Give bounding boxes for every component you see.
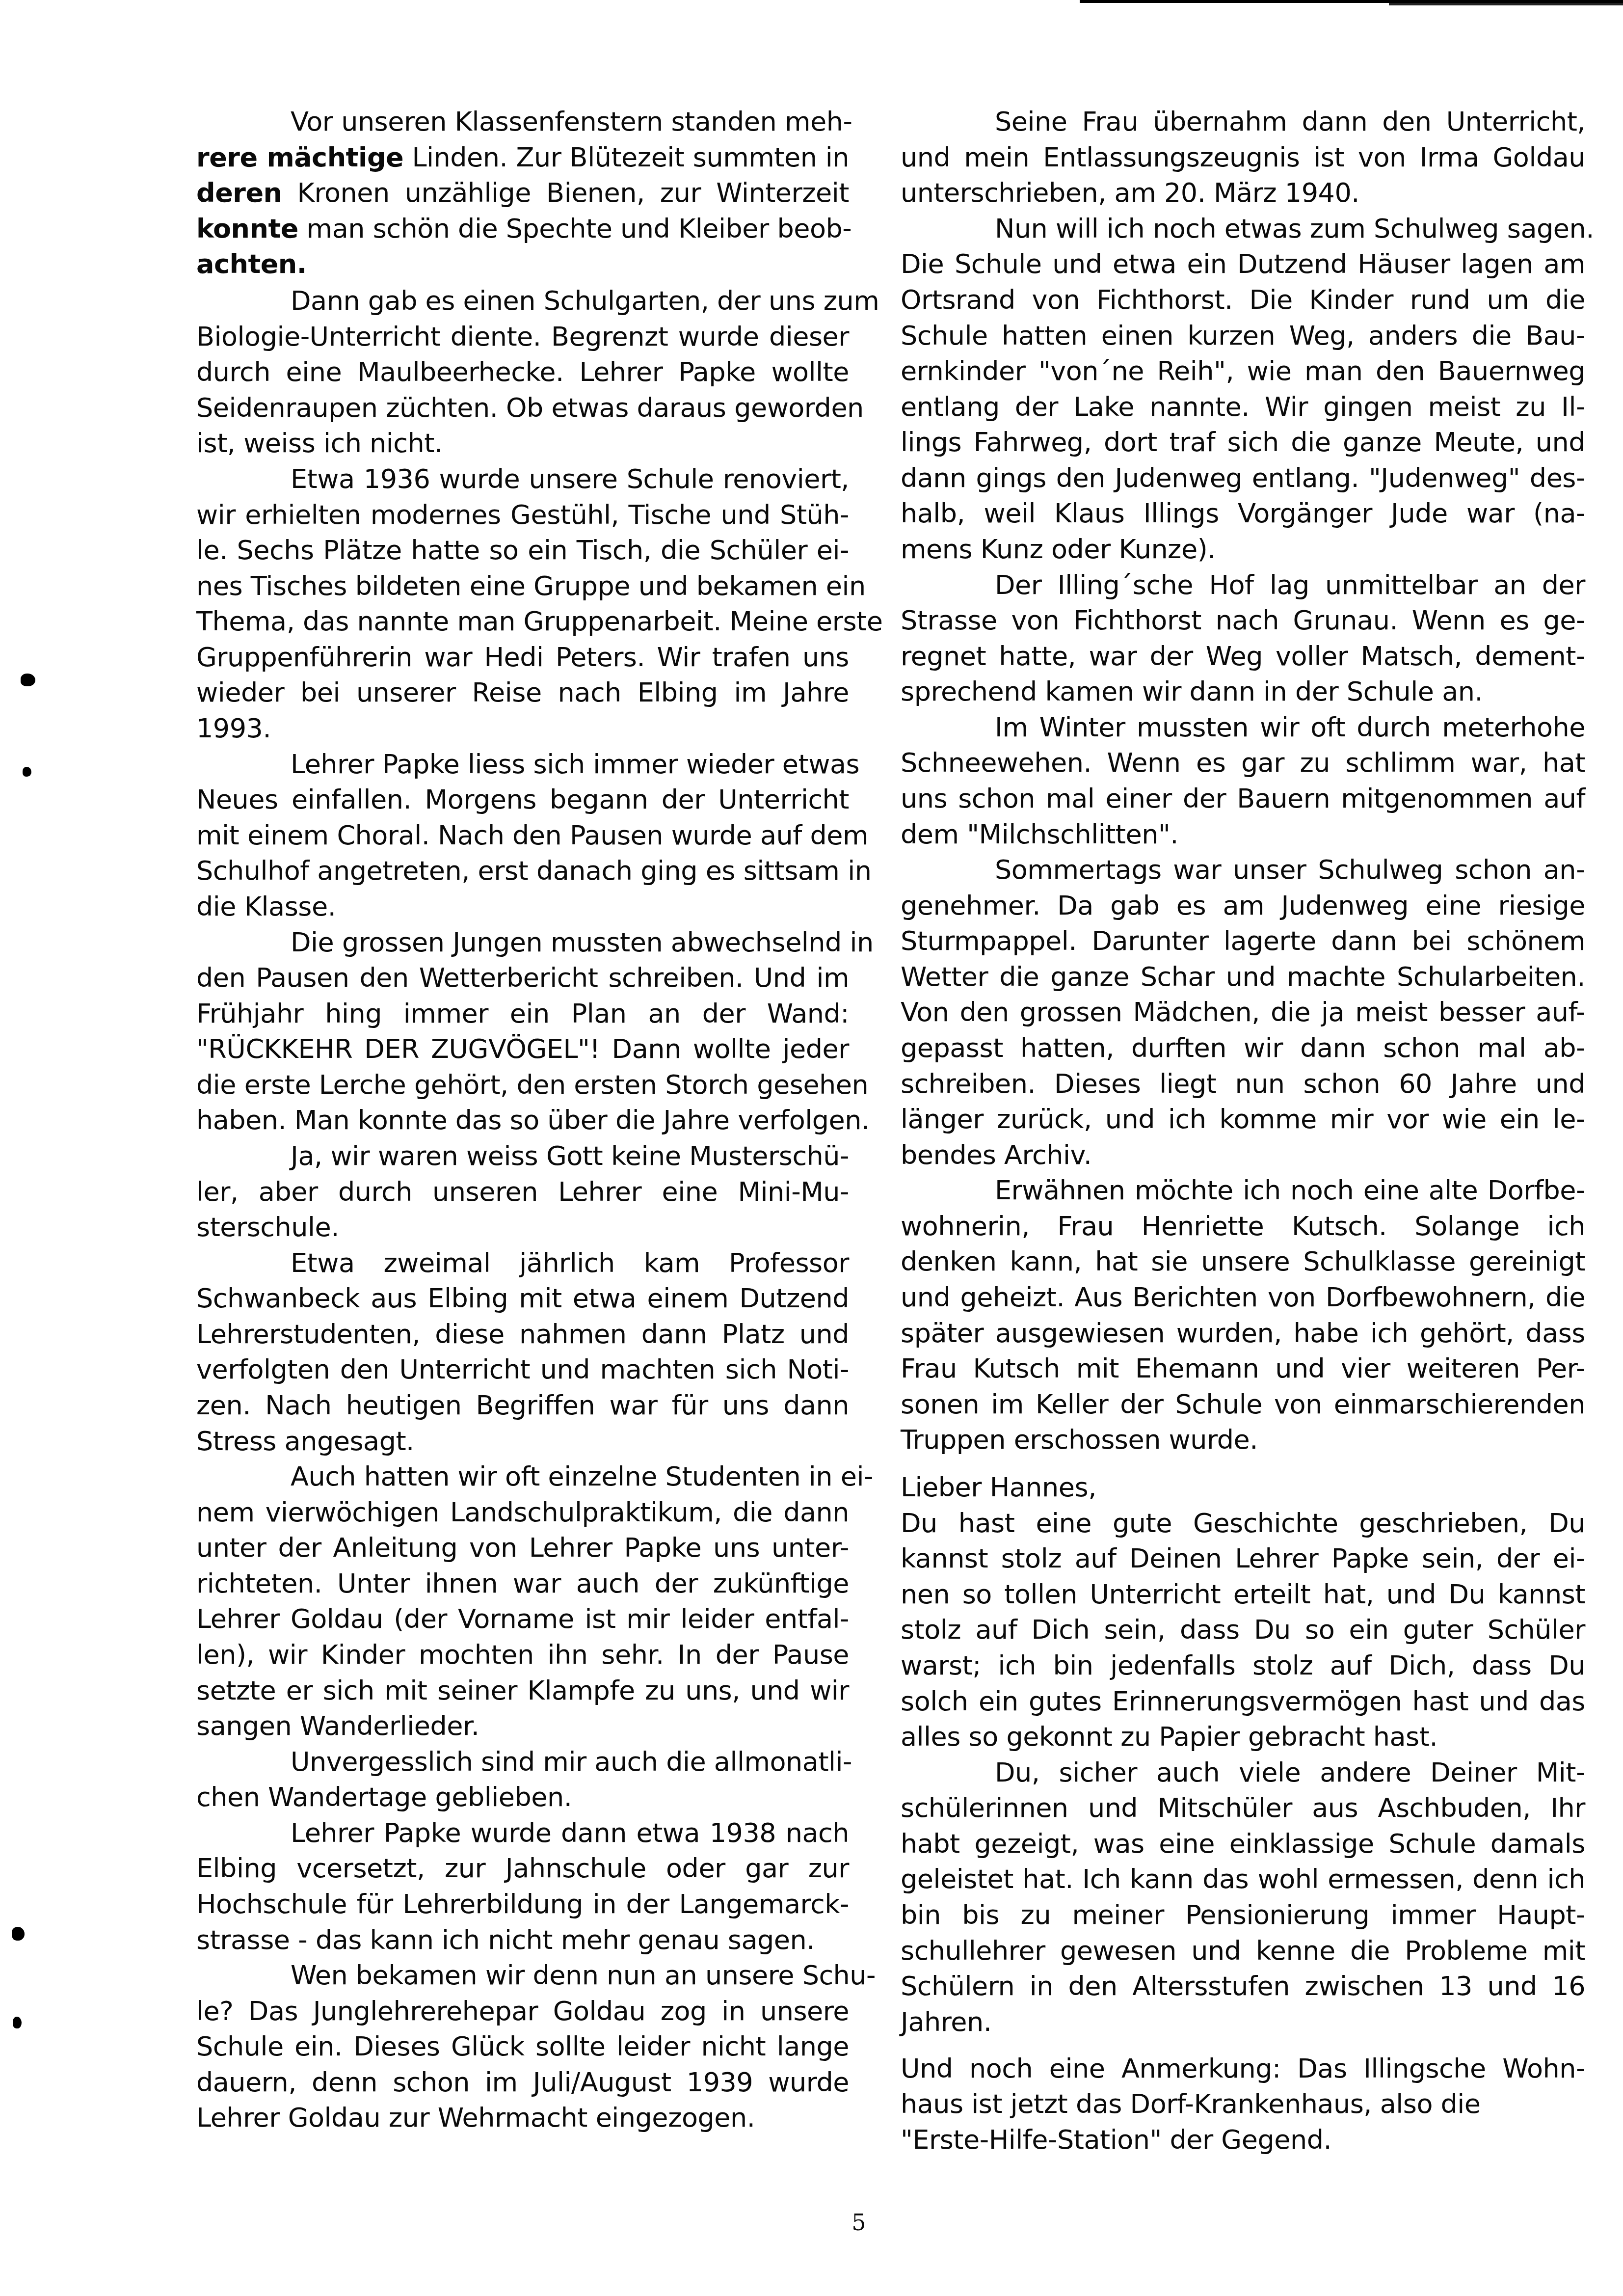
line-text: 1993. <box>196 713 271 744</box>
text-line: schullehrer gewesen und kenne die Proble… <box>901 1933 1585 1969</box>
line-text: Gruppenführerin war Hedi Peters. Wir tra… <box>196 642 849 673</box>
text-line: achten. <box>196 246 849 282</box>
text-line: und geheizt. Aus Berichten von Dorfbewoh… <box>901 1280 1585 1315</box>
text-line: Im Winter mussten wir oft durch meterhoh… <box>901 710 1585 745</box>
line-text: le. Sechs Plätze hatte so ein Tisch, die… <box>196 535 849 566</box>
line-text: später ausgewiesen wurden, habe ich gehö… <box>901 1318 1585 1349</box>
line-text: Schule hatten einen kurzen Weg, anders d… <box>901 320 1585 351</box>
line-text: haben. Man konnte das so über die Jahre … <box>196 1105 870 1135</box>
text-line: bin bis zu meiner Pensionierung immer Ha… <box>901 1897 1585 1933</box>
text-line: Von den grossen Mädchen, die ja meist be… <box>901 995 1585 1030</box>
line-text: denken kann, hat sie unsere Schulklasse … <box>901 1246 1585 1277</box>
text-line: Die Schule und etwa ein Dutzend Häuser l… <box>901 246 1585 282</box>
text-line: nen so tollen Unterricht erteilt hat, un… <box>901 1577 1585 1612</box>
text-line: denken kann, hat sie unsere Schulklasse … <box>901 1244 1585 1279</box>
line-text: Nun will ich noch etwas zum Schulweg sag… <box>995 213 1594 244</box>
scan-edge-line <box>1389 3 1623 5</box>
text-line: le? Das Junglehrerehepar Goldau zog in u… <box>196 1994 849 2029</box>
line-text: entlang der Lake nannte. Wir gingen meis… <box>901 391 1585 422</box>
line-text: den Pausen den Wetterbericht schreiben. … <box>196 962 849 993</box>
line-text: Lehrer Papke wurde dann etwa 1938 nach <box>291 1817 849 1848</box>
line-text: stolz auf Dich sein, dass Du so ein gute… <box>901 1614 1585 1645</box>
line-text: Strasse von Fichthorst nach Grunau. Wenn… <box>901 605 1585 636</box>
text-line: Lehrer Papke liess sich immer wieder etw… <box>196 747 849 782</box>
page-number: 5 <box>785 2209 932 2236</box>
text-line: warst; ich bin jedenfalls stolz auf Dich… <box>901 1648 1585 1683</box>
line-text: strasse - das kann ich nicht mehr genau … <box>196 1924 815 1955</box>
text-line: richteten. Unter ihnen war auch der zukü… <box>196 1566 849 1601</box>
line-text: haus ist jetzt das Dorf-Krankenhaus, als… <box>901 2088 1481 2119</box>
text-line: unterschrieben, am 20. März 1940. <box>901 175 1585 211</box>
text-line: entlang der Lake nannte. Wir gingen meis… <box>901 389 1585 425</box>
text-line: wieder bei unserer Reise nach Elbing im … <box>196 675 849 710</box>
punch-hole-mark <box>12 1927 25 1941</box>
text-line: Neues einfallen. Morgens begann der Unte… <box>196 782 849 817</box>
line-text: richteten. Unter ihnen war auch der zukü… <box>196 1568 849 1599</box>
line-text: Etwa zweimal jährlich kam Professor <box>291 1247 849 1278</box>
text-line: Die grossen Jungen mussten abwechselnd i… <box>196 925 849 960</box>
text-line: ler, aber durch unseren Lehrer eine Mini… <box>196 1174 849 1210</box>
text-line: unter der Anleitung von Lehrer Papke uns… <box>196 1530 849 1566</box>
text-line: Frau Kutsch mit Ehemann und vier weitere… <box>901 1351 1585 1386</box>
line-text: bin bis zu meiner Pensionierung immer Ha… <box>901 1899 1585 1930</box>
line-text: Sommertags war unser Schulweg schon an- <box>995 854 1585 885</box>
line-text: ler, aber durch unseren Lehrer eine Mini… <box>196 1176 849 1207</box>
text-line: Unvergesslich sind mir auch die allmonat… <box>196 1744 849 1780</box>
line-text: Der Illing´sche Hof lag unmittelbar an d… <box>995 569 1585 600</box>
line-text: "RÜCKKEHR DER ZUGVÖGEL"! Dann wollte jed… <box>196 1033 849 1064</box>
text-line: bendes Archiv. <box>901 1137 1585 1173</box>
text-line: Lehrerstudenten, diese nahmen dann Platz… <box>196 1317 849 1352</box>
line-text: "Erste-Hilfe-Station" der Gegend. <box>901 2124 1331 2155</box>
line-text: wohnerin, Frau Henriette Kutsch. Solange… <box>901 1211 1585 1242</box>
text-line: Jahren. <box>901 2004 1585 2040</box>
text-line: Ja, wir waren weiss Gott keine Mustersch… <box>196 1138 849 1174</box>
line-text: solch ein gutes Erinnerungsvermögen hast… <box>901 1686 1585 1717</box>
line-text: chen Wandertage geblieben. <box>196 1782 572 1812</box>
line-text: warst; ich bin jedenfalls stolz auf Dich… <box>901 1650 1585 1681</box>
text-line: Lehrer Papke wurde dann etwa 1938 nach <box>196 1815 849 1851</box>
line-text: Schwanbeck aus Elbing mit etwa einem Dut… <box>196 1283 849 1314</box>
text-line: sonen im Keller der Schule von einmarsch… <box>901 1387 1585 1422</box>
line-text: Schule ein. Dieses Glück sollte leider n… <box>196 2031 849 2062</box>
line-text: le? Das Junglehrerehepar Goldau zog in u… <box>196 1996 849 2026</box>
punch-hole-mark <box>13 2017 22 2028</box>
text-line: 1993. <box>196 711 849 746</box>
text-line: Schule hatten einen kurzen Weg, anders d… <box>901 318 1585 353</box>
text-line: Seidenraupen züchten. Ob etwas daraus ge… <box>196 390 849 426</box>
text-line: länger zurück, und ich komme mir vor wie… <box>901 1102 1585 1137</box>
punch-hole-mark <box>21 674 35 686</box>
text-line: Auch hatten wir oft einzelne Studenten i… <box>196 1459 849 1494</box>
line-text: Thema, das nannte man Gruppenarbeit. Mei… <box>196 606 882 637</box>
line-text: Schülern in den Altersstufen zwischen 13… <box>901 1971 1585 2001</box>
line-text: Seidenraupen züchten. Ob etwas daraus ge… <box>196 392 864 423</box>
line-text: setzte er sich mit seiner Klampfe zu uns… <box>196 1675 849 1706</box>
line-text: Erwähnen möchte ich noch eine alte Dorfb… <box>995 1175 1585 1206</box>
line-text: dem "Milchschlitten". <box>901 819 1178 850</box>
text-line: Schülern in den Altersstufen zwischen 13… <box>901 1969 1585 2004</box>
line-text: sangen Wanderlieder. <box>196 1710 479 1741</box>
text-line: mit einem Choral. Nach den Pausen wurde … <box>196 818 849 853</box>
text-line: Schwanbeck aus Elbing mit etwa einem Dut… <box>196 1281 849 1316</box>
text-line: "RÜCKKEHR DER ZUGVÖGEL"! Dann wollte jed… <box>196 1031 849 1067</box>
line-text: durch eine Maulbeerhecke. Lehrer Papke w… <box>196 356 849 387</box>
text-line: uns schon mal einer der Bauern mitgenomm… <box>901 781 1585 816</box>
text-line: Wetter die ganze Schar und machte Schula… <box>901 959 1585 995</box>
line-text: Schneewehen. Wenn es gar zu schlimm war,… <box>901 747 1585 778</box>
line-text: Etwa 1936 wurde unsere Schule renoviert, <box>291 463 849 494</box>
line-text: Du hast eine gute Geschichte geschrieben… <box>901 1508 1585 1539</box>
text-line: Du hast eine gute Geschichte geschrieben… <box>901 1506 1585 1541</box>
line-text: Ja, wir waren weiss Gott keine Mustersch… <box>291 1140 849 1171</box>
text-line: Thema, das nannte man Gruppenarbeit. Mei… <box>196 604 849 639</box>
text-line: sterschule. <box>196 1210 849 1245</box>
line-text: dann gings den Judenweg entlang. "Judenw… <box>901 462 1585 493</box>
bold-text: konnte <box>196 213 298 244</box>
text-line: Lehrer Goldau (der Vorname ist mir leide… <box>196 1601 849 1637</box>
text-line: kannst stolz auf Deinen Lehrer Papke sei… <box>901 1541 1585 1576</box>
line-text: Vor unseren Klassenfenstern standen meh- <box>291 106 852 137</box>
text-line: haben. Man konnte das so über die Jahre … <box>196 1103 849 1138</box>
line-text: nem vierwöchigen Landschulpraktikum, die… <box>196 1497 849 1528</box>
text-line: "Erste-Hilfe-Station" der Gegend. <box>901 2122 1585 2158</box>
line-text: Lehrer Goldau (der Vorname ist mir leide… <box>196 1603 849 1634</box>
line-text: verfolgten den Unterricht und machten si… <box>196 1354 849 1385</box>
line-text: Elbing vcersetzt, zur Jahnschule oder ga… <box>196 1853 849 1884</box>
line-text: Ortsrand von Fichthorst. Die Kinder rund… <box>901 284 1585 315</box>
text-line: dem "Milchschlitten". <box>901 817 1585 852</box>
text-line: ernkinder "von´ne Reih", wie man den Bau… <box>901 353 1585 389</box>
line-text: Stress angesagt. <box>196 1426 414 1457</box>
text-line: Lehrer Goldau zur Wehrmacht eingezogen. <box>196 2100 849 2135</box>
text-line: genehmer. Da gab es am Judenweg eine rie… <box>901 888 1585 923</box>
line-text: Frau Kutsch mit Ehemann und vier weitere… <box>901 1353 1585 1384</box>
text-line: le. Sechs Plätze hatte so ein Tisch, die… <box>196 533 849 568</box>
text-line: Der Illing´sche Hof lag unmittelbar an d… <box>901 567 1585 603</box>
text-line: Biologie-Unterricht diente. Begrenzt wur… <box>196 319 849 354</box>
text-line: Gruppenführerin war Hedi Peters. Wir tra… <box>196 640 849 675</box>
text-line: Etwa 1936 wurde unsere Schule renoviert, <box>196 461 849 497</box>
text-line: Etwa zweimal jährlich kam Professor <box>196 1245 849 1281</box>
line-text: Lieber Hannes, <box>901 1472 1096 1503</box>
line-text: Lehrer Goldau zur Wehrmacht eingezogen. <box>196 2102 755 2133</box>
line-text: sprechend kamen wir dann in der Schule a… <box>901 676 1483 707</box>
line-text: Seine Frau übernahm dann den Unterricht, <box>995 106 1585 137</box>
text-line: gepasst hatten, durften wir dann schon m… <box>901 1030 1585 1066</box>
text-line: schreiben. Dieses liegt nun schon 60 Jah… <box>901 1066 1585 1102</box>
text-line: später ausgewiesen wurden, habe ich gehö… <box>901 1316 1585 1351</box>
line-text: Neues einfallen. Morgens begann der Unte… <box>196 784 849 815</box>
line-text: man schön die Spechte und Kleiber beob- <box>298 213 851 244</box>
text-line: solch ein gutes Erinnerungsvermögen hast… <box>901 1684 1585 1719</box>
line-text: sonen im Keller der Schule von einmarsch… <box>901 1389 1585 1420</box>
text-line: setzte er sich mit seiner Klampfe zu uns… <box>196 1673 849 1708</box>
text-line: Sommertags war unser Schulweg schon an- <box>901 852 1585 888</box>
text-line: halb, weil Klaus Illings Vorgänger Jude … <box>901 496 1585 531</box>
text-line: Schulhof angetreten, erst danach ging es… <box>196 853 849 889</box>
line-text: und geheizt. Aus Berichten von Dorfbewoh… <box>901 1282 1585 1313</box>
text-line: dann gings den Judenweg entlang. "Judenw… <box>901 460 1585 496</box>
text-line: alles so gekonnt zu Papier gebracht hast… <box>901 1719 1585 1755</box>
text-line: Elbing vcersetzt, zur Jahnschule oder ga… <box>196 1851 849 1886</box>
line-text: Lehrer Papke liess sich immer wieder etw… <box>291 749 859 780</box>
line-text: Unvergesslich sind mir auch die allmonat… <box>291 1746 852 1777</box>
text-line: len), wir Kinder mochten ihn sehr. In de… <box>196 1637 849 1673</box>
text-line: nem vierwöchigen Landschulpraktikum, die… <box>196 1495 849 1530</box>
line-text: alles so gekonnt zu Papier gebracht hast… <box>901 1721 1437 1752</box>
text-line: ist, weiss ich nicht. <box>196 426 849 461</box>
line-text: schullehrer gewesen und kenne die Proble… <box>901 1935 1585 1966</box>
line-text: unter der Anleitung von Lehrer Papke uns… <box>196 1532 849 1563</box>
line-text: und mein Entlassungszeugnis ist von Irma… <box>901 142 1585 173</box>
text-line: Vor unseren Klassenfenstern standen meh- <box>196 104 849 139</box>
line-text: Wetter die ganze Schar und machte Schula… <box>901 961 1585 992</box>
line-text: sterschule. <box>196 1212 339 1243</box>
line-text: regnet hatte, war der Weg voller Matsch,… <box>901 641 1585 672</box>
text-line: Frühjahr hing immer ein Plan an der Wand… <box>196 996 849 1031</box>
text-line: wohnerin, Frau Henriette Kutsch. Solange… <box>901 1209 1585 1244</box>
text-line: Sturmpappel. Darunter lagerte dann bei s… <box>901 923 1585 959</box>
text-line: Ortsrand von Fichthorst. Die Kinder rund… <box>901 282 1585 318</box>
line-text: Im Winter mussten wir oft durch meterhoh… <box>995 712 1585 743</box>
line-text: Jahren. <box>901 2006 991 2037</box>
text-line: die Klasse. <box>196 889 849 924</box>
line-text: unterschrieben, am 20. März 1940. <box>901 177 1359 208</box>
text-line: mens Kunz oder Kunze). <box>901 532 1585 567</box>
punch-hole-mark <box>23 767 31 777</box>
line-text: Die grossen Jungen mussten abwechselnd i… <box>291 927 874 958</box>
line-text: gepasst hatten, durften wir dann schon m… <box>901 1032 1585 1063</box>
line-text: genehmer. Da gab es am Judenweg eine rie… <box>901 890 1585 921</box>
text-line: Erwähnen möchte ich noch eine alte Dorfb… <box>901 1173 1585 1208</box>
bold-text: achten. <box>196 248 307 279</box>
text-line: Strasse von Fichthorst nach Grunau. Wenn… <box>901 603 1585 638</box>
line-text: Sturmpappel. Darunter lagerte dann bei s… <box>901 925 1585 956</box>
text-line: dauern, denn schon im Juli/August 1939 w… <box>196 2065 849 2100</box>
text-line: Seine Frau übernahm dann den Unterricht, <box>901 104 1585 139</box>
line-text: schülerinnen und Mitschüler aus Aschbude… <box>901 1792 1585 1823</box>
text-line: durch eine Maulbeerhecke. Lehrer Papke w… <box>196 354 849 390</box>
text-line: strasse - das kann ich nicht mehr genau … <box>196 1922 849 1958</box>
line-text: geleistet hat. Ich kann das wohl ermesse… <box>901 1864 1585 1894</box>
text-line: Dann gab es einen Schulgarten, der uns z… <box>196 283 849 319</box>
line-text: Wen bekamen wir denn nun an unsere Schu- <box>291 1960 876 1991</box>
text-line: nes Tisches bildeten eine Gruppe und bek… <box>196 568 849 604</box>
text-line: die erste Lerche gehört, den ersten Stor… <box>196 1067 849 1103</box>
text-line: schülerinnen und Mitschüler aus Aschbude… <box>901 1790 1585 1826</box>
line-text: die Klasse. <box>196 891 336 922</box>
text-line: konnte man schön die Spechte und Kleiber… <box>196 211 849 246</box>
text-line: Truppen erschossen wurde. <box>901 1422 1585 1458</box>
line-text: Biologie-Unterricht diente. Begrenzt wur… <box>196 321 849 352</box>
line-text: mens Kunz oder Kunze). <box>901 534 1216 565</box>
line-text: Lehrerstudenten, diese nahmen dann Platz… <box>196 1319 849 1350</box>
text-line: den Pausen den Wetterbericht schreiben. … <box>196 960 849 996</box>
line-text: Kronen unzählige Bienen, zur Winterzeit <box>282 177 849 208</box>
line-text: Frühjahr hing immer ein Plan an der Wand… <box>196 998 849 1029</box>
line-text: wir erhielten modernes Gestühl, Tische u… <box>196 499 849 530</box>
line-text: uns schon mal einer der Bauern mitgenomm… <box>901 783 1585 814</box>
text-line: chen Wandertage geblieben. <box>196 1780 849 1815</box>
line-text: Truppen erschossen wurde. <box>901 1424 1258 1455</box>
line-text: Und noch eine Anmerkung: Das Illingsche … <box>901 2053 1585 2084</box>
line-text: Hochschule für Lehrerbildung in der Lang… <box>196 1889 849 1919</box>
line-text: dauern, denn schon im Juli/August 1939 w… <box>196 2067 849 2098</box>
text-line: stolz auf Dich sein, dass Du so ein gute… <box>901 1612 1585 1648</box>
line-text: Dann gab es einen Schulgarten, der uns z… <box>291 285 879 316</box>
line-text: nen so tollen Unterricht erteilt hat, un… <box>901 1579 1585 1610</box>
line-text: die erste Lerche gehört, den ersten Stor… <box>196 1069 868 1100</box>
text-line: Du, sicher auch viele andere Deiner Mit- <box>901 1755 1585 1790</box>
text-line: haus ist jetzt das Dorf-Krankenhaus, als… <box>901 2086 1585 2122</box>
text-line: Schneewehen. Wenn es gar zu schlimm war,… <box>901 745 1585 781</box>
text-line: Stress angesagt. <box>196 1424 849 1459</box>
text-line: Hochschule für Lehrerbildung in der Lang… <box>196 1887 849 1922</box>
line-text: zen. Nach heutigen Begriffen war für uns… <box>196 1390 849 1421</box>
text-line: verfolgten den Unterricht und machten si… <box>196 1352 849 1387</box>
text-line: deren Kronen unzählige Bienen, zur Winte… <box>196 175 849 211</box>
line-text: nes Tisches bildeten eine Gruppe und bek… <box>196 570 866 601</box>
text-line: sangen Wanderlieder. <box>196 1708 849 1744</box>
line-text: länger zurück, und ich komme mir vor wie… <box>901 1104 1585 1134</box>
line-text: Die Schule und etwa ein Dutzend Häuser l… <box>901 248 1585 279</box>
text-line: rere mächtige Linden. Zur Blütezeit summ… <box>196 140 849 175</box>
text-line: geleistet hat. Ich kann das wohl ermesse… <box>901 1862 1585 1897</box>
line-text: len), wir Kinder mochten ihn sehr. In de… <box>196 1639 849 1670</box>
line-text: kannst stolz auf Deinen Lehrer Papke sei… <box>901 1543 1585 1574</box>
text-line: zen. Nach heutigen Begriffen war für uns… <box>196 1388 849 1423</box>
text-line: Wen bekamen wir denn nun an unsere Schu- <box>196 1958 849 1993</box>
line-text: schreiben. Dieses liegt nun schon 60 Jah… <box>901 1068 1585 1099</box>
text-line: Lieber Hannes, <box>901 1470 1585 1505</box>
line-text: mit einem Choral. Nach den Pausen wurde … <box>196 820 868 851</box>
line-text: Linden. Zur Blütezeit summten in <box>403 142 849 173</box>
line-text: ist, weiss ich nicht. <box>196 428 443 459</box>
text-line: Und noch eine Anmerkung: Das Illingsche … <box>901 2051 1585 2086</box>
line-text: Auch hatten wir oft einzelne Studenten i… <box>291 1461 873 1492</box>
line-text: Von den grossen Mädchen, die ja meist be… <box>901 997 1585 1027</box>
line-text: lings Fahrweg, dort traf sich die ganze … <box>901 427 1585 458</box>
bold-text: deren <box>196 177 282 208</box>
line-text: ernkinder "von´ne Reih", wie man den Bau… <box>901 355 1585 386</box>
bold-text: rere mächtige <box>196 142 403 173</box>
line-text: halb, weil Klaus Illings Vorgänger Jude … <box>901 498 1585 529</box>
line-text: bendes Archiv. <box>901 1139 1091 1170</box>
text-line: Schule ein. Dieses Glück sollte leider n… <box>196 2029 849 2064</box>
line-text: wieder bei unserer Reise nach Elbing im … <box>196 677 849 708</box>
text-line: habt gezeigt, was eine einklassige Schul… <box>901 1826 1585 1862</box>
text-line: wir erhielten modernes Gestühl, Tische u… <box>196 497 849 533</box>
line-text: Du, sicher auch viele andere Deiner Mit- <box>995 1757 1585 1788</box>
line-text: Schulhof angetreten, erst danach ging es… <box>196 855 871 886</box>
text-line: Nun will ich noch etwas zum Schulweg sag… <box>901 211 1585 246</box>
line-text: habt gezeigt, was eine einklassige Schul… <box>901 1828 1585 1859</box>
text-line: regnet hatte, war der Weg voller Matsch,… <box>901 639 1585 674</box>
text-line: und mein Entlassungszeugnis ist von Irma… <box>901 140 1585 175</box>
text-line: sprechend kamen wir dann in der Schule a… <box>901 674 1585 709</box>
text-line: lings Fahrweg, dort traf sich die ganze … <box>901 425 1585 460</box>
